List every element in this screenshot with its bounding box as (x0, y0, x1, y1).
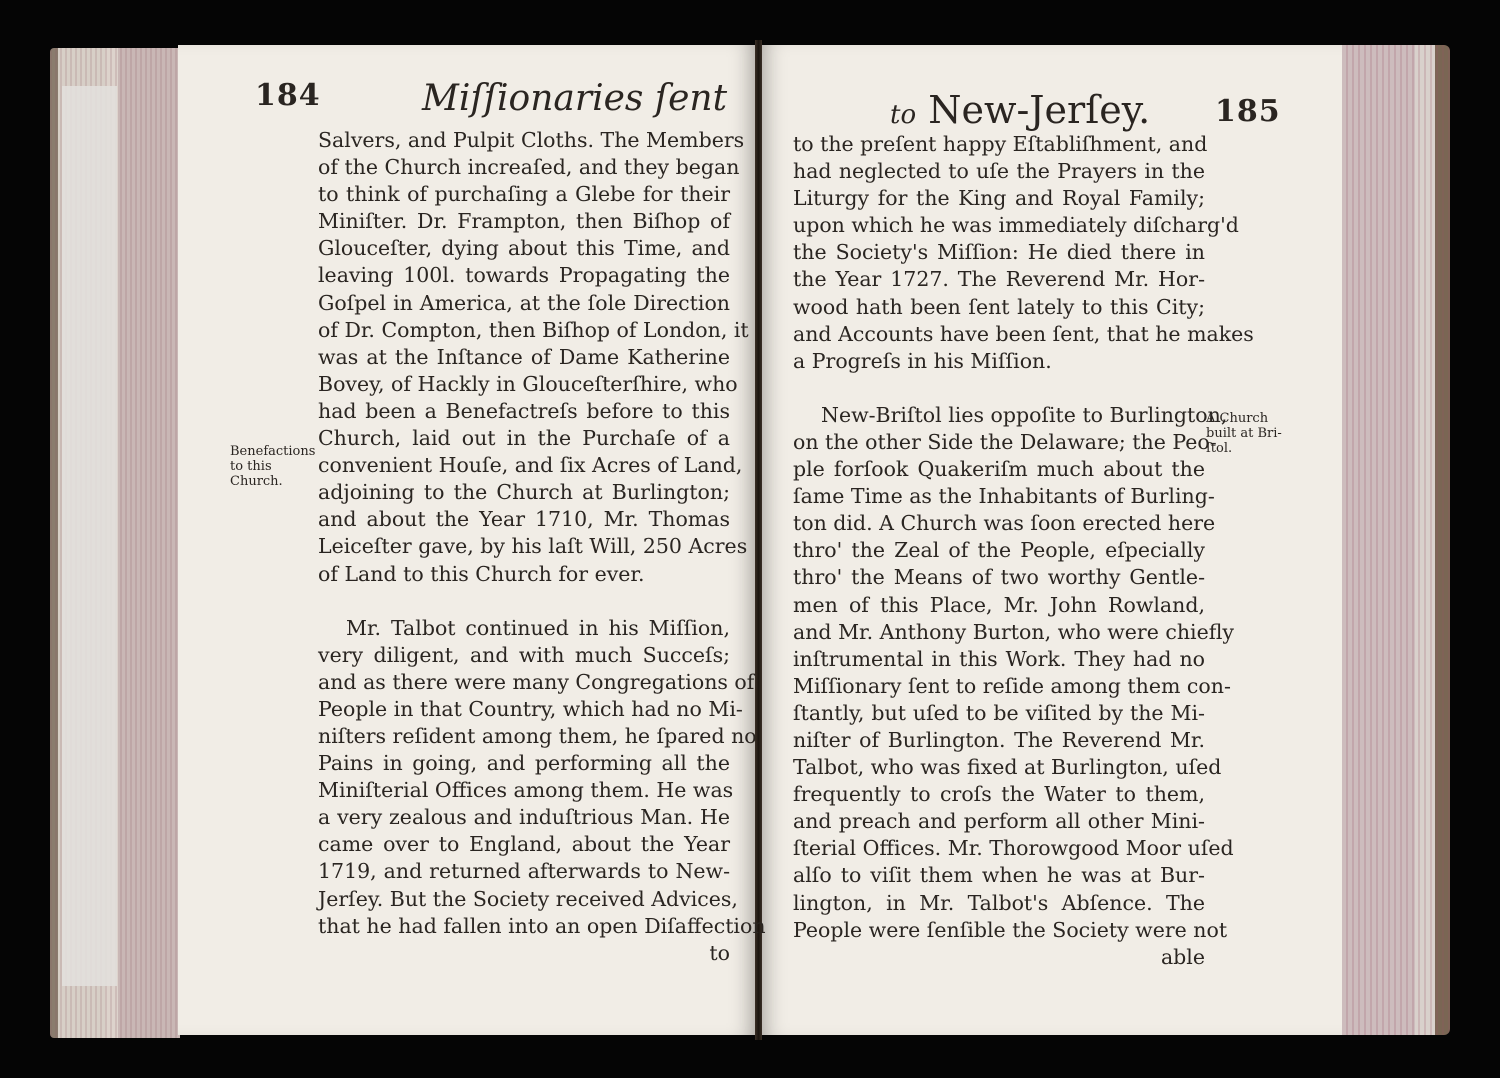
page-number-right: 185 (1215, 94, 1281, 129)
text-line: alſo to viſit them when he was at Bur- (793, 862, 1205, 889)
page-number-left: 184 (255, 78, 321, 113)
margin-note-line: to this (230, 459, 310, 474)
text-line: thro' the Zeal of the People, eſpecially (793, 537, 1205, 564)
text-line: men of this Place, Mr. John Rowland, (793, 592, 1205, 619)
text-line: on the other Side the Delaware; the Peo- (793, 429, 1205, 456)
text-line: Church, laid out in the Purchaſe of a (318, 425, 730, 452)
text-line: of the Church increaſed, and they began (318, 154, 730, 181)
text-line: a very zealous and induſtrious Man. He (318, 804, 730, 831)
text-line: of Dr. Compton, then Biſhop of London, i… (318, 317, 730, 344)
text-line: Miniſterial Offices among them. He was (318, 777, 730, 804)
left-fore-edge (50, 48, 180, 1038)
text-line: lington, in Mr. Talbot's Abſence. The (793, 890, 1205, 917)
margin-note-line: Benefactions (230, 444, 310, 459)
text-line: Mr. Talbot continued in his Miſſion, (318, 615, 730, 642)
paragraph-gap (793, 375, 1205, 402)
open-book-spread: 184 Miſſionaries ſent Benefactions to th… (0, 0, 1500, 1078)
text-line: niſter of Burlington. The Reverend Mr. (793, 727, 1205, 754)
text-line: was at the Inſtance of Dame Katherine (318, 344, 730, 371)
text-line: came over to England, about the Year (318, 831, 730, 858)
text-line: to think of purchaſing a Glebe for their (318, 181, 730, 208)
text-line: thro' the Means of two worthy Gentle- (793, 564, 1205, 591)
text-line: Jerſey. But the Society received Advices… (318, 886, 730, 913)
text-line: Salvers, and Pulpit Cloths. The Members (318, 127, 730, 154)
catchword: able (793, 944, 1205, 971)
text-line: to the preſent happy Eſtabliſhment, and (793, 131, 1205, 158)
text-line: that he had fallen into an open Diſaffec… (318, 913, 730, 940)
text-line: ple forſook Quakeriſm much about the (793, 456, 1205, 483)
text-line: and about the Year 1710, Mr. Thomas (318, 506, 730, 533)
running-head-left: Miſſionaries ſent (422, 78, 727, 119)
margin-note-line: Church. (230, 474, 310, 489)
running-head-title: New-Jerſey. (928, 88, 1150, 132)
text-line: ſame Time as the Inhabitants of Burling- (793, 483, 1205, 510)
body-text-right: to the preſent happy Eſtabliſhment, and … (793, 131, 1205, 971)
text-line: Goſpel in America, at the ſole Direction (318, 290, 730, 317)
text-line: upon which he was immediately diſcharg'd (793, 212, 1205, 239)
margin-note-left: Benefactions to this Church. (230, 444, 310, 489)
text-line: adjoining to the Church at Burlington; (318, 479, 730, 506)
text-line: niſters reſident among them, he ſpared n… (318, 723, 730, 750)
text-line: a Progreſs in his Miſſion. (793, 348, 1205, 375)
catchword: to (318, 940, 730, 967)
text-line: Miniſter. Dr. Frampton, then Biſhop of (318, 208, 730, 235)
body-text-left: Salvers, and Pulpit Cloths. The Members … (318, 127, 730, 967)
text-line: Pains in going, and performing all the (318, 750, 730, 777)
running-head-right: to New-Jerſey. (890, 88, 1150, 132)
text-line: had been a Benefactreſs before to this (318, 398, 730, 425)
text-line: had neglected to uſe the Prayers in the (793, 158, 1205, 185)
text-line: People in that Country, which had no Mi- (318, 696, 730, 723)
text-line: of Land to this Church for ever. (318, 561, 730, 588)
running-head-prefix: to (890, 100, 916, 130)
text-line: and as there were many Congregations of (318, 669, 730, 696)
text-line: and preach and perform all other Mini- (793, 808, 1205, 835)
text-line: inſtrumental in this Work. They had no (793, 646, 1205, 673)
text-line: ton did. A Church was ſoon erected here (793, 510, 1205, 537)
margin-note-line: ſtol. (1206, 441, 1286, 456)
text-line: People were ſenſible the Society were no… (793, 917, 1205, 944)
text-line: very diligent, and with much Succeſs; (318, 642, 730, 669)
text-line: ſtantly, but uſed to be viſited by the M… (793, 700, 1205, 727)
text-line: Leiceſter gave, by his laſt Will, 250 Ac… (318, 533, 730, 560)
text-line: frequently to croſs the Water to them, (793, 781, 1205, 808)
inserted-leaf (62, 86, 117, 986)
text-line: and Accounts have been ſent, that he mak… (793, 321, 1205, 348)
text-line: ſterial Offices. Mr. Thorowgood Moor uſe… (793, 835, 1205, 862)
text-line: leaving 100l. towards Propagating the (318, 262, 730, 289)
text-line: 1719, and returned afterwards to New- (318, 858, 730, 885)
text-line: Bovey, of Hackly in Glouceſterſhire, who (318, 371, 730, 398)
text-line: and Mr. Anthony Burton, who were chiefly (793, 619, 1205, 646)
text-line: the Society's Miſſion: He died there in (793, 239, 1205, 266)
right-fore-edge (1340, 45, 1450, 1035)
book-gutter (755, 40, 762, 1040)
text-line: Liturgy for the King and Royal Family; (793, 185, 1205, 212)
text-line: the Year 1727. The Reverend Mr. Hor- (793, 266, 1205, 293)
paragraph-gap (318, 588, 730, 615)
text-line: New-Briſtol lies oppoſite to Burlington, (793, 402, 1205, 429)
text-line: Glouceſter, dying about this Time, and (318, 235, 730, 262)
text-line: Miſſionary ſent to reſide among them con… (793, 673, 1205, 700)
text-line: convenient Houſe, and ſix Acres of Land, (318, 452, 730, 479)
text-line: wood hath been ſent lately to this City; (793, 294, 1205, 321)
text-line: Talbot, who was fixed at Burlington, uſe… (793, 754, 1205, 781)
